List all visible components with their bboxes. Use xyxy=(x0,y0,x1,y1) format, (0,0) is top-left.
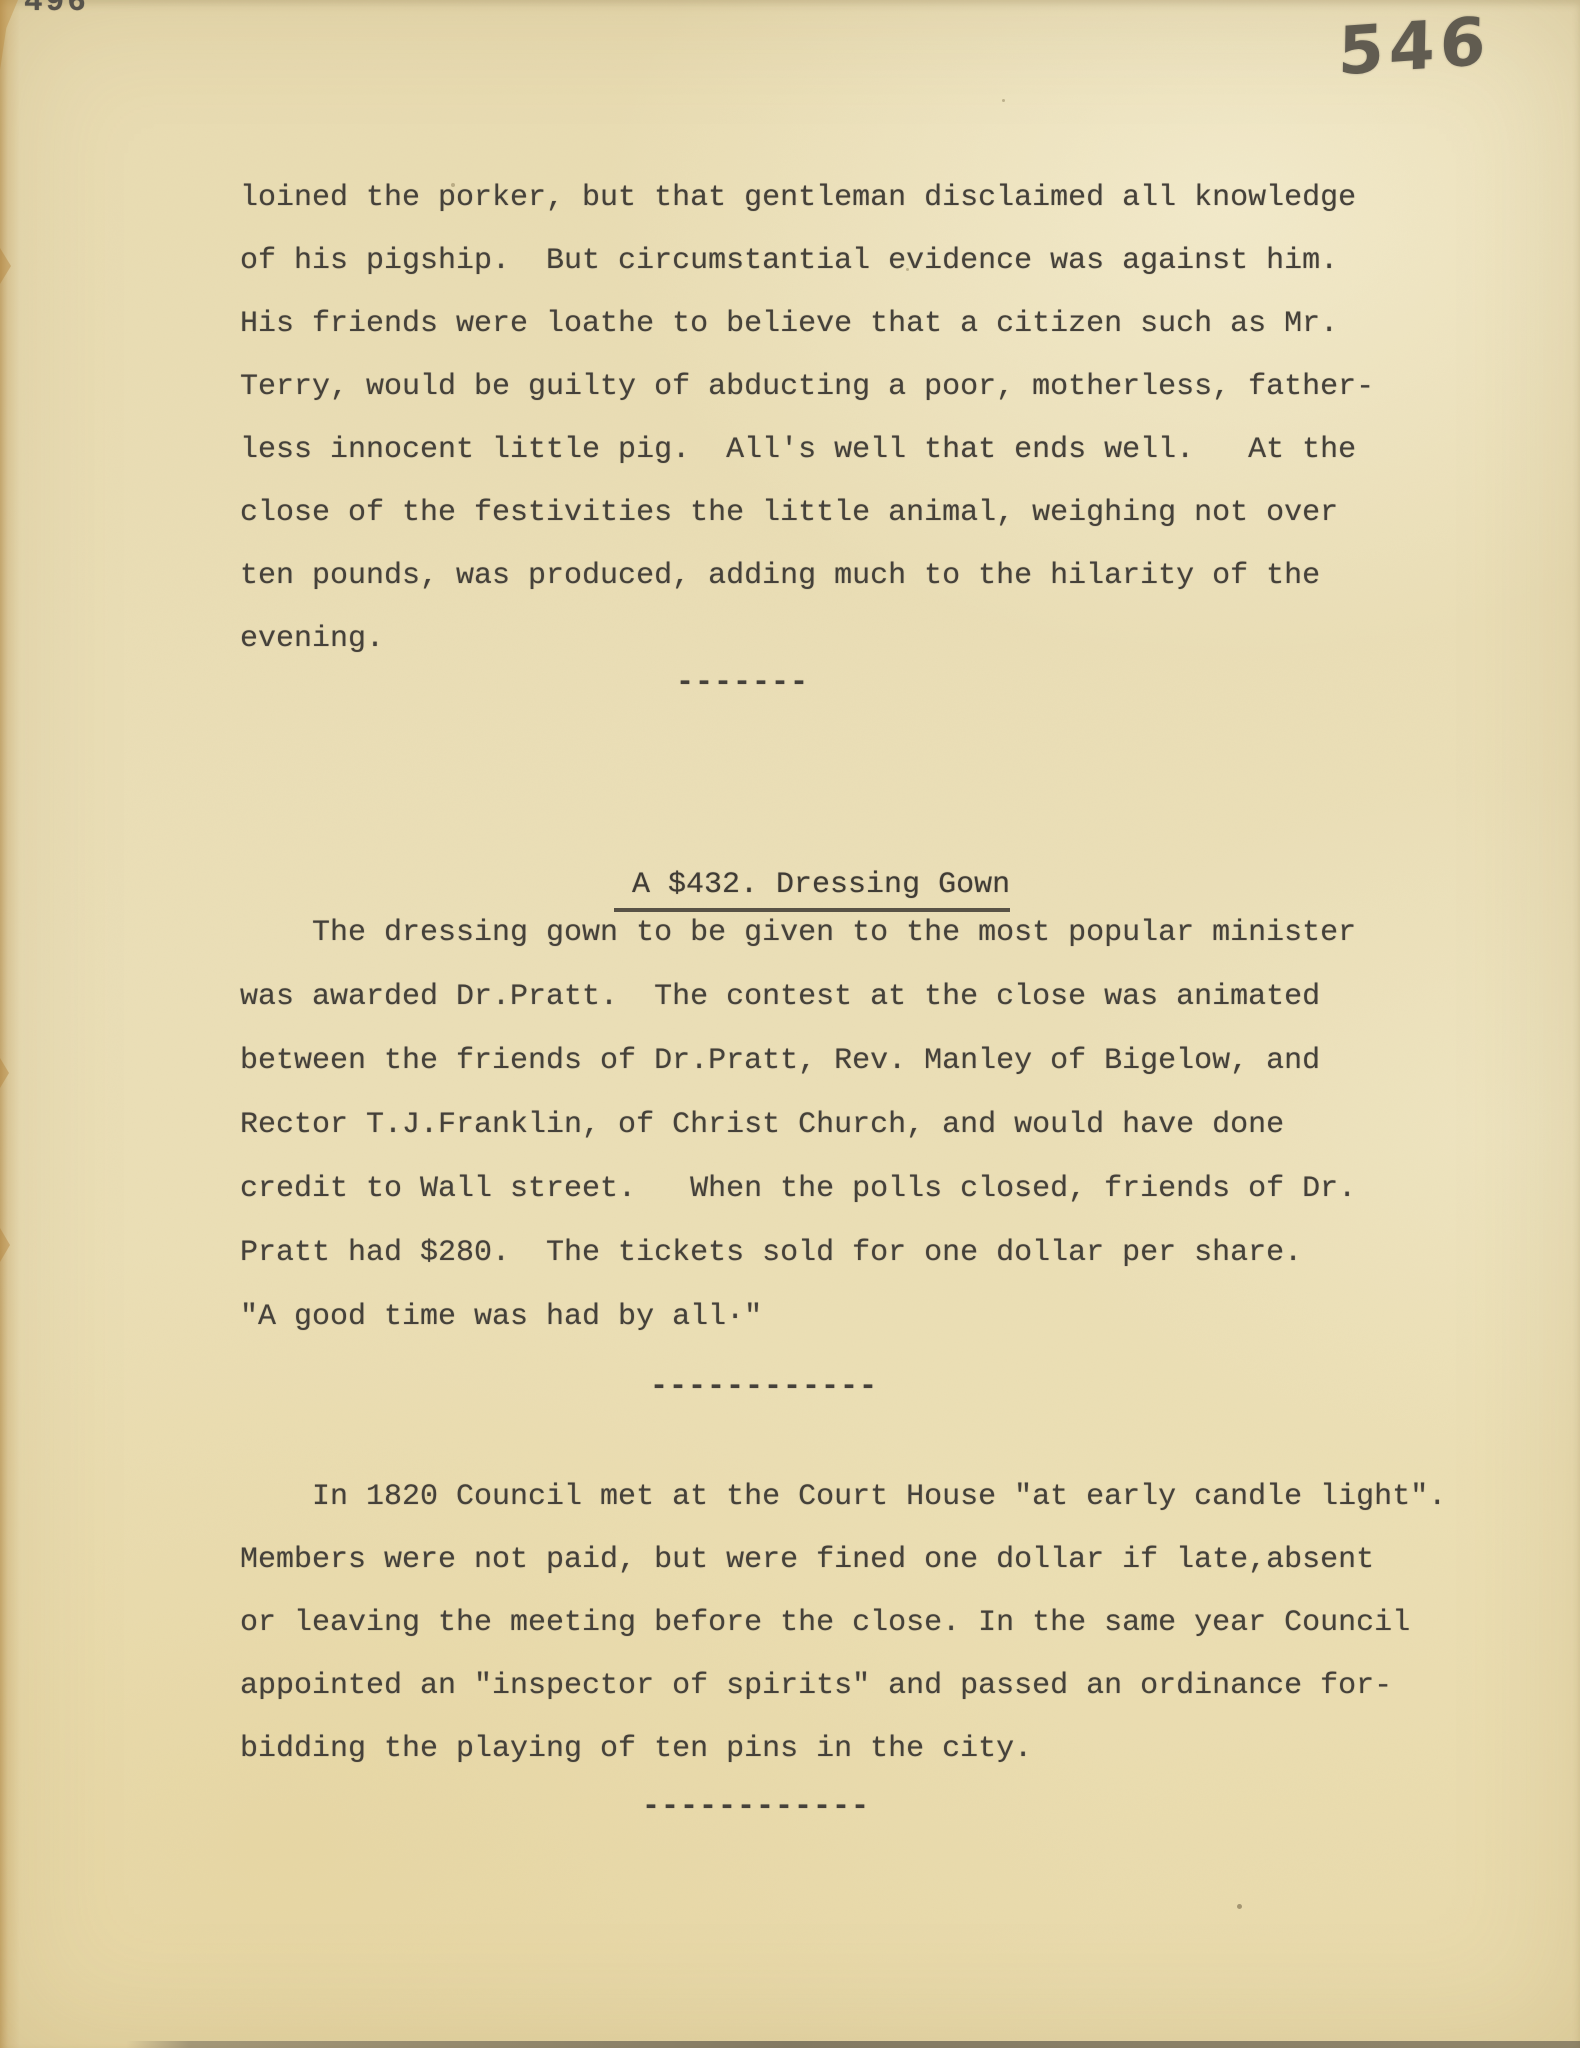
separator-3: ------------ xyxy=(642,1792,870,1822)
paragraph-dressing-gown: The dressing gown to be given to the mos… xyxy=(240,901,1356,1349)
scan-bottom-edge xyxy=(0,2041,1580,2048)
edge-notch xyxy=(0,248,11,284)
paper-speck xyxy=(1002,99,1005,102)
paper-speck xyxy=(1237,1904,1242,1909)
torn-corner xyxy=(0,0,18,70)
separator-1: ------- xyxy=(676,668,809,698)
edge-notch xyxy=(0,1058,9,1088)
manuscript-page: 496 546 loined the porker, but that gent… xyxy=(0,0,1580,2048)
paragraph-council-1820: In 1820 Council met at the Court House "… xyxy=(240,1466,1446,1781)
handwritten-page-number: 546 xyxy=(1338,3,1492,91)
typed-page-number: 496 xyxy=(24,0,89,20)
edge-notch xyxy=(0,1228,10,1262)
paragraph-pig-story: loined the porker, but that gentleman di… xyxy=(240,167,1374,671)
separator-2: ------------ xyxy=(650,1372,878,1402)
